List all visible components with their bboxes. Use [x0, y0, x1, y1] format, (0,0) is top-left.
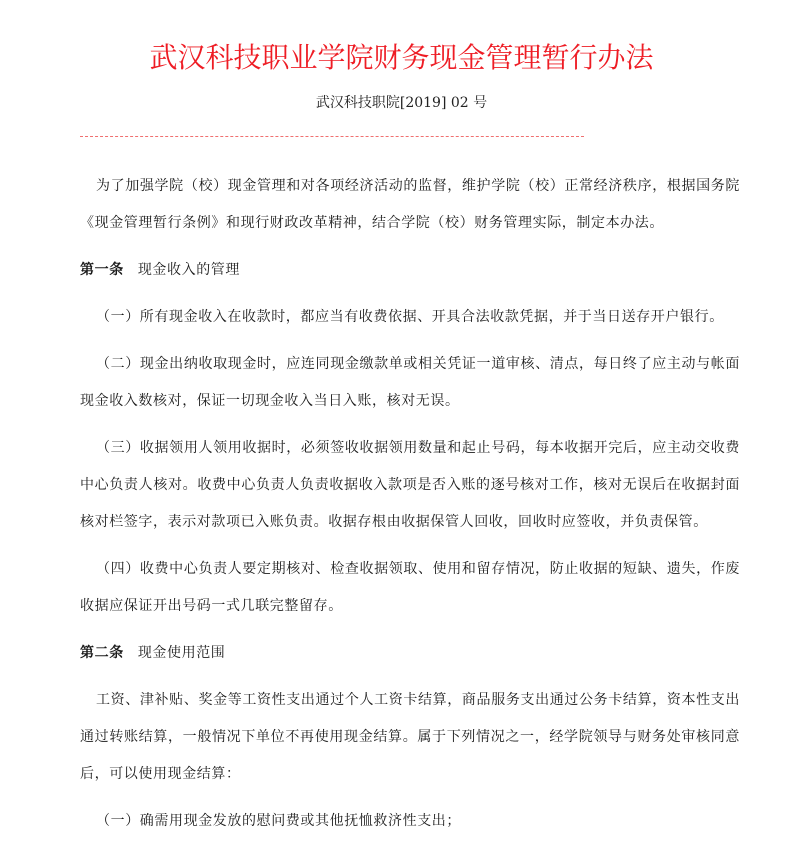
intro-paragraph: 为了加强学院（校）现金管理和对各项经济活动的监督，维护学院（校）正常经济秩序，根…	[80, 168, 740, 242]
spacer	[80, 242, 740, 252]
article-1-number: 第一条	[80, 262, 124, 278]
article-2-title: 现金使用范围	[138, 645, 226, 661]
spacer	[80, 336, 740, 346]
document-title: 武汉科技职业学院财务现金管理暂行办法	[0, 38, 803, 78]
article-1-heading: 第一条现金收入的管理	[80, 252, 740, 289]
article-2-paragraph-1: 工资、津补贴、奖金等工资性支出通过个人工资卡结算，商品服务支出通过公务卡结算，资…	[80, 682, 740, 793]
article-1-clause-2: （二）现金出纳收取现金时，应连同现金缴款单或相关凭证一道审核、清点，每日终了应主…	[80, 346, 740, 420]
spacer	[80, 625, 740, 635]
spacer	[80, 420, 740, 430]
article-2-clause-1: （一）确需用现金发放的慰问费或其他抚恤救济性支出；	[80, 803, 740, 840]
spacer	[80, 541, 740, 551]
spacer	[80, 672, 740, 682]
document-number: 武汉科技职院[2019] 02 号	[0, 92, 803, 114]
article-2-heading: 第二条现金使用范围	[80, 635, 740, 672]
title-separator	[80, 136, 584, 137]
spacer	[80, 793, 740, 803]
article-1-clause-3: （三）收据领用人领用收据时，必须签收收据领用数量和起止号码，每本收据开完后，应主…	[80, 430, 740, 541]
document-body: 为了加强学院（校）现金管理和对各项经济活动的监督，维护学院（校）正常经济秩序，根…	[80, 168, 740, 840]
article-1-clause-4: （四）收费中心负责人要定期核对、检查收据领取、使用和留存情况，防止收据的短缺、遗…	[80, 551, 740, 625]
article-2-number: 第二条	[80, 645, 124, 661]
document-page: 武汉科技职业学院财务现金管理暂行办法 武汉科技职院[2019] 02 号 为了加…	[0, 0, 803, 868]
article-1-title: 现金收入的管理	[138, 262, 240, 278]
spacer	[80, 289, 740, 299]
article-1-clause-1: （一）所有现金收入在收款时，都应当有收费依据、开具合法收款凭据，并于当日送存开户…	[80, 299, 740, 336]
